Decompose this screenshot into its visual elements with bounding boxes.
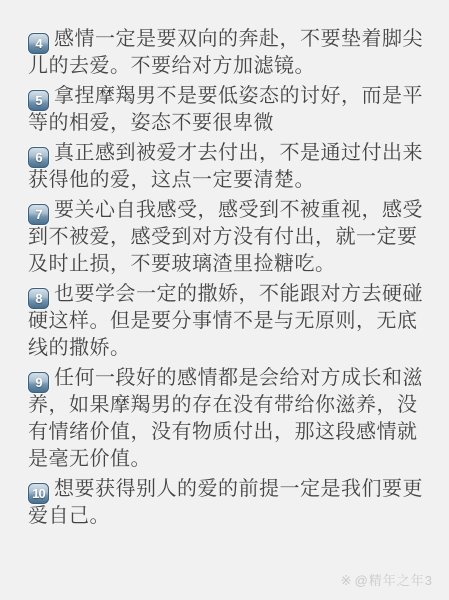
item-text: 是毫无价值。 — [28, 448, 151, 470]
text-line: 养，如果摩羯男的存在没有带给你滋养，没 — [28, 392, 427, 419]
item-text: 养，如果摩羯男的存在没有带给你滋养，没 — [28, 394, 418, 416]
item-text: 等的相爱，姿态不要很卑微 — [28, 112, 274, 134]
text-line: 9任何一段好的感情都是会给对方成长和滋 — [28, 365, 427, 392]
text-line: 等的相爱，姿态不要很卑微 — [28, 110, 427, 137]
item-text: 也要学会一定的撒娇，不能跟对方去硬碰 — [54, 283, 423, 305]
keycap-number-badge: 7 — [28, 204, 49, 225]
text-line: 10想要获得别人的爱的前提一定是我们要更 — [28, 476, 427, 503]
item-text: 获得他的爱，这点一定要清楚。 — [28, 169, 315, 191]
item-text: 有情绪价值，没有物质付出，那这段感情就 — [28, 421, 418, 443]
text-line: 获得他的爱，这点一定要清楚。 — [28, 167, 427, 194]
item-text: 想要获得别人的爱的前提一定是我们要更 — [54, 478, 423, 500]
text-line: 有情绪价值，没有物质付出，那这段感情就 — [28, 419, 427, 446]
item-text: 儿的去爱。不要给对方加滤镜。 — [28, 55, 315, 77]
list-item-4: 4感情一定是要双向的奔赴，不要垫着脚尖 儿的去爱。不要给对方加滤镜。 — [28, 26, 427, 80]
list-item-8: 8也要学会一定的撒娇，不能跟对方去硬碰 硬这样。但是要分事情不是与无原则，无底 … — [28, 281, 427, 362]
list-item-7: 7要关心自我感受，感受到不被重视，感受 到不被爱，感受到对方没有付出，就一定要 … — [28, 197, 427, 278]
item-text: 真正感到被爱才去付出，不是通过付出来 — [54, 142, 423, 164]
keycap-number-badge: 5 — [28, 90, 49, 111]
text-line: 及时止损，不要玻璃渣里捡糖吃。 — [28, 251, 427, 278]
text-line: 6真正感到被爱才去付出，不是通过付出来 — [28, 140, 427, 167]
list-item-10: 10想要获得别人的爱的前提一定是我们要更 爱自己。 — [28, 476, 427, 530]
item-text: 硬这样。但是要分事情不是与无原则，无底 — [28, 310, 418, 332]
text-line: 儿的去爱。不要给对方加滤镜。 — [28, 53, 427, 80]
item-text: 任何一段好的感情都是会给对方成长和滋 — [54, 367, 423, 389]
text-line: 是毫无价值。 — [28, 446, 427, 473]
watermark-paw-icon: ※ — [341, 573, 353, 588]
item-text: 要关心自我感受，感受到不被重视，感受 — [54, 199, 423, 221]
note-page: 4感情一定是要双向的奔赴，不要垫着脚尖 儿的去爱。不要给对方加滤镜。 5拿捏摩羯… — [0, 0, 449, 600]
item-text: 到不被爱，感受到对方没有付出，就一定要 — [28, 226, 418, 248]
text-line: 8也要学会一定的撒娇，不能跟对方去硬碰 — [28, 281, 427, 308]
keycap-number-badge: 4 — [28, 33, 49, 54]
watermark: ※@精年之年3 — [341, 570, 433, 589]
text-line: 到不被爱，感受到对方没有付出，就一定要 — [28, 224, 427, 251]
keycap-number-badge: 9 — [28, 372, 49, 393]
item-text: 拿捏摩羯男不是要低姿态的讨好，而是平 — [54, 85, 423, 107]
item-text: 线的撒娇。 — [28, 337, 131, 359]
keycap-number-badge: 8 — [28, 288, 49, 309]
text-line: 5拿捏摩羯男不是要低姿态的讨好，而是平 — [28, 83, 427, 110]
item-text: 爱自己。 — [28, 505, 110, 527]
text-line: 线的撒娇。 — [28, 335, 427, 362]
watermark-username: @精年之年3 — [355, 573, 433, 588]
text-line: 7要关心自我感受，感受到不被重视，感受 — [28, 197, 427, 224]
text-line: 硬这样。但是要分事情不是与无原则，无底 — [28, 308, 427, 335]
keycap-number-badge: 6 — [28, 147, 49, 168]
keycap-number-badge: 10 — [28, 483, 49, 504]
list-item-5: 5拿捏摩羯男不是要低姿态的讨好，而是平 等的相爱，姿态不要很卑微 — [28, 83, 427, 137]
list-item-6: 6真正感到被爱才去付出，不是通过付出来 获得他的爱，这点一定要清楚。 — [28, 140, 427, 194]
list-item-9: 9任何一段好的感情都是会给对方成长和滋 养，如果摩羯男的存在没有带给你滋养，没 … — [28, 365, 427, 473]
text-line: 4感情一定是要双向的奔赴，不要垫着脚尖 — [28, 26, 427, 53]
item-text: 感情一定是要双向的奔赴，不要垫着脚尖 — [54, 28, 423, 50]
item-text: 及时止损，不要玻璃渣里捡糖吃。 — [28, 253, 336, 275]
text-line: 爱自己。 — [28, 503, 427, 530]
